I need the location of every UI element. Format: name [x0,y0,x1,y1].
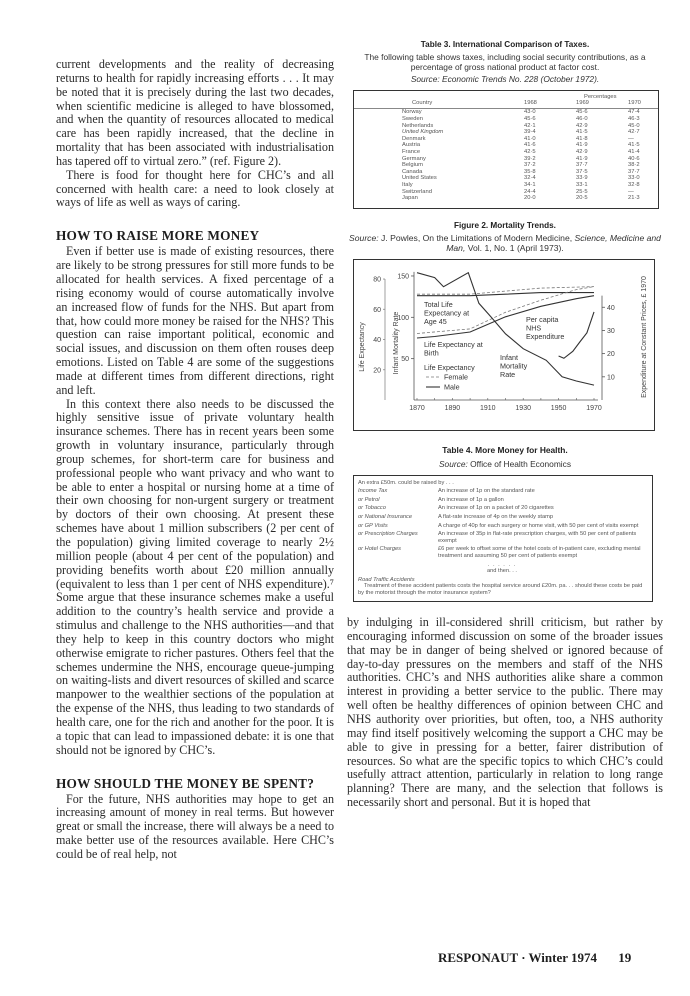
source-label: Source: [439,459,468,469]
value-cell: 41·4 [628,149,658,156]
table3-description: The following table shows taxes, includi… [347,52,663,72]
tick-label: 20 [607,351,615,358]
value-cell: 37·5 [576,169,628,176]
figure2-source: Source: J. Powles, On the Limitations of… [347,233,663,253]
legend-male: Male [444,383,460,392]
section-heading-spend-money: HOW SHOULD THE MONEY BE SPENT? [56,776,334,792]
source-label: Source: [349,233,379,243]
table4-value: An increase of 35p in flat-rate prescrip… [438,531,646,544]
value-cell: 40·6 [628,156,658,163]
value-cell: 21·3 [628,195,658,202]
table3-row: Italy34·133·132·8 [354,182,658,189]
value-cell: 46·3 [628,116,658,123]
body-paragraph: For the future, NHS authorities may hope… [56,793,334,862]
right-column: Table 3. International Comparison of Tax… [347,40,663,810]
body-paragraph: There is food for thought here for CHC’s… [56,169,334,211]
table4-value: An increase of 1p on a packet of 20 ciga… [438,505,646,512]
figure2-title: Figure 2. Mortality Trends. [347,221,663,230]
table4-key: or Tobacco [358,505,438,512]
legend-title: Life Expectancy [424,363,475,372]
table3-row: Norway43·045·647·4 [354,109,658,116]
value-cell: 37·7 [628,169,658,176]
table4-row: or Hotel Charges£6 per week to offset so… [358,546,646,559]
value-cell: 41·5 [576,129,628,136]
body-paragraph: current developments and the reality of … [56,58,334,169]
annotation-infant-mortality: Rate [500,370,515,379]
body-paragraph: by indulging in ill-considered shrill cr… [347,616,663,810]
country-cell: Germany [354,156,524,163]
x-tick-label: 1890 [445,405,461,412]
left-column: current developments and the reality of … [56,58,334,862]
country-cell: Norway [354,109,524,116]
table4-rows: Income TaxAn increase of 1p on the stand… [358,488,646,559]
table3-row: Canada35·837·537·7 [354,169,658,176]
section-heading-raise-money: HOW TO RAISE MORE MONEY [56,228,334,244]
value-cell: 41·9 [576,142,628,149]
value-cell: 37·7 [576,162,628,169]
value-cell: 42·9 [576,149,628,156]
table3-row: Belgium37·237·738·2 [354,162,658,169]
value-cell: 33·1 [576,182,628,189]
source-text: J. Powles, On the Limitations of Modern … [381,233,572,243]
country-cell: United Kingdom [354,129,524,136]
tick-label: 20 [373,367,381,374]
table4-key: or National Insurance [358,514,438,521]
country-cell: Switzerland [354,189,524,196]
mortality-chart-svg: 20406080Life Expectancy50100150Infant Mo… [354,260,658,430]
country-cell: Italy [354,182,524,189]
country-cell: Austria [354,142,524,149]
value-cell: 41·9 [576,156,628,163]
table4-value: A charge of 40p for each surgery or home… [438,523,646,530]
table4-source: Source: Office of Health Economics [347,459,663,469]
x-tick-label: 1950 [551,405,567,412]
mortality-chart: 20406080Life Expectancy50100150Infant Mo… [353,259,655,431]
source-tail: Vol. 1, No. 1 (April 1973). [468,243,564,253]
table3-row: Netherlands42·142·945·0 [354,123,658,130]
annotation-age45: Age 45 [424,317,447,326]
table3-row: Sweden45·646·046·3 [354,116,658,123]
body-paragraph: In this context there also needs to be d… [56,398,334,758]
infant-mortality-axis-label: Infant Mortality Rate [393,312,400,375]
value-cell: 37·2 [524,162,576,169]
table3-row: Switzerland24·425·5— [354,189,658,196]
table4-intro: An extra £50m. could be raised by . . . [358,480,646,486]
right-column-text: by indulging in ill-considered shrill cr… [347,616,663,810]
table4-title: Table 4. More Money for Health. [347,445,663,455]
value-cell: 42·1 [524,123,576,130]
table3-row: Austria41·641·941·5 [354,142,658,149]
value-cell: 25·5 [576,189,628,196]
table4-key: or Prescription Charges [358,531,438,544]
life-expectancy-axis-label: Life Expectancy [359,322,366,372]
value-cell: 46·0 [576,116,628,123]
table4-row: or TobaccoAn increase of 1p on a packet … [358,505,646,512]
table4-row: or Prescription ChargesAn increase of 35… [358,531,646,544]
table4-row: or National InsuranceA flat-rate increas… [358,514,646,521]
table3-col-header: 1970 [628,100,658,109]
value-cell: 34·1 [524,182,576,189]
table4-block: Table 4. More Money for Health. Source: … [347,445,663,602]
value-cell: 38·2 [628,162,658,169]
value-cell: 42·7 [628,129,658,136]
table4-key: Income Tax [358,488,438,495]
tick-label: 60 [373,307,381,314]
x-tick-label: 1910 [480,405,496,412]
table4-road-text: Treatment of these accident patients cos… [358,583,646,597]
table4-value: An increase of 1p on the standard rate [438,488,646,495]
expenditure-axis-label: Expenditure at Constant Prices, £ 1970 [641,276,648,398]
table3-body: Norway43·045·647·4Sweden45·646·046·3Neth… [354,109,658,202]
value-cell: 20·5 [576,195,628,202]
x-tick-label: 1930 [515,405,531,412]
country-cell: Canada [354,169,524,176]
page-number: 19 [618,950,631,965]
x-tick-label: 1970 [586,405,602,412]
value-cell: 41·8 [576,136,628,143]
value-cell: 33·0 [628,175,658,182]
tick-label: 50 [401,356,409,363]
annotation-nhs-expenditure: Expenditure [526,332,564,341]
tick-label: 150 [397,274,409,281]
value-cell: 42·9 [576,123,628,130]
country-cell: United States [354,175,524,182]
table4-key: or Hotel Charges [358,546,438,559]
value-cell: 39·4 [524,129,576,136]
table3-source: Source: Economic Trends No. 228 (October… [347,74,663,84]
table4-and-then: and then. . . [358,568,646,574]
tick-label: 40 [607,305,615,312]
table3: Percentages Country 1968 1969 1970 Norwa… [354,94,658,201]
table3-col-header: Country [354,100,524,109]
table3-row: France42·542·941·4 [354,149,658,156]
tick-label: 30 [607,328,615,335]
value-cell: 32·8 [628,182,658,189]
table4-row: or GP VisitsA charge of 40p for each sur… [358,523,646,530]
source-text: Office of Health Economics [470,459,571,469]
value-cell: 42·5 [524,149,576,156]
value-cell: 33·9 [576,175,628,182]
value-cell: 45·0 [628,123,658,130]
annotation-birth: Birth [424,349,439,358]
value-cell: 45·6 [524,116,576,123]
table4-frame: An extra £50m. could be raised by . . . … [353,475,653,602]
table3-frame: Percentages Country 1968 1969 1970 Norwa… [353,90,659,208]
table3-row: Denmark41·041·8— [354,136,658,143]
value-cell: 20·0 [524,195,576,202]
table4-row: Income TaxAn increase of 1p on the stand… [358,488,646,495]
value-cell: 32·4 [524,175,576,182]
table3-col-header: 1968 [524,100,576,109]
value-cell: 35·8 [524,169,576,176]
table4-row: or PetrolAn increase of 1p a gallon [358,497,646,504]
figure2-block: Figure 2. Mortality Trends. Source: J. P… [347,221,663,431]
page-footer: RESPONAUT · Winter 1974 19 [438,950,631,966]
table4-key: or GP Visits [358,523,438,530]
value-cell: 24·4 [524,189,576,196]
value-cell: 41·6 [524,142,576,149]
value-cell: 47·4 [628,109,658,116]
table3-title: Table 3. International Comparison of Tax… [347,40,663,49]
country-cell: Japan [354,195,524,202]
value-cell: 43·0 [524,109,576,116]
table4: An extra £50m. could be raised by . . . … [354,476,652,601]
value-cell: — [628,136,658,143]
country-cell: Belgium [354,162,524,169]
table3-col-header: 1969 [576,100,628,109]
table4-value: A flat-rate increase of 4p on the weekly… [438,514,646,521]
country-cell: France [354,149,524,156]
country-cell: Sweden [354,116,524,123]
body-paragraph: Even if better use is made of existing r… [56,245,334,397]
x-tick-label: 1870 [409,405,425,412]
value-cell: 41·5 [628,142,658,149]
tick-label: 80 [373,277,381,284]
tick-label: 40 [373,337,381,344]
value-cell: 41·0 [524,136,576,143]
table3-block: Table 3. International Comparison of Tax… [347,40,663,209]
table4-value: An increase of 1p a gallon [438,497,646,504]
table3-row: Germany39·241·940·6 [354,156,658,163]
value-cell: 45·6 [576,109,628,116]
table4-value: £6 per week to offset some of the hotel … [438,546,646,559]
value-cell: — [628,189,658,196]
journal-name: RESPONAUT · Winter 1974 [438,950,597,965]
value-cell: 39·2 [524,156,576,163]
legend-female: Female [444,373,468,382]
tick-label: 10 [607,374,615,381]
table3-row: Japan20·020·521·3 [354,195,658,202]
country-cell: Denmark [354,136,524,143]
table3-row: United States32·433·933·0 [354,175,658,182]
table3-row: United Kingdom39·441·542·7 [354,129,658,136]
table4-key: or Petrol [358,497,438,504]
country-cell: Netherlands [354,123,524,130]
